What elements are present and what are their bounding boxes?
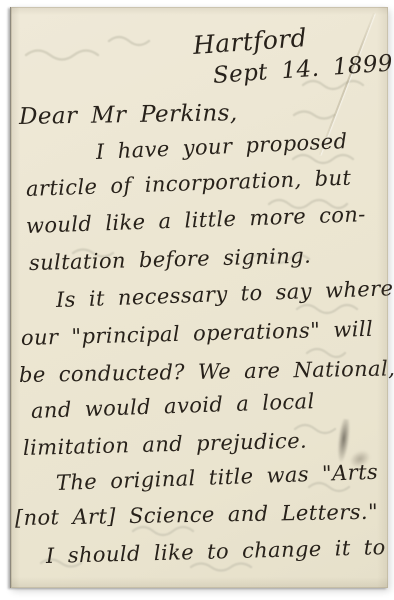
letter-scan: Hartford Sept 14. 1899 Dear Mr Perkins, …	[0, 0, 394, 600]
letter-paper: Hartford Sept 14. 1899 Dear Mr Perkins, …	[10, 7, 388, 588]
letter-salutation: Dear Mr Perkins,	[19, 100, 238, 130]
